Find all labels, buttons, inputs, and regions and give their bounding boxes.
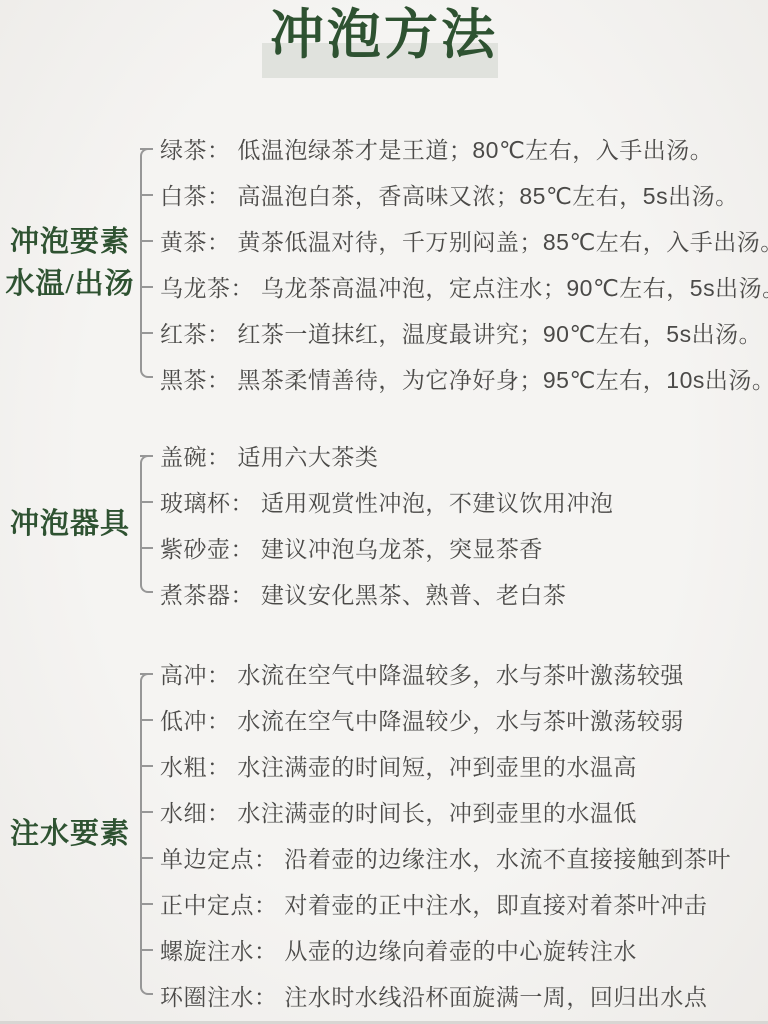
mindmap-item: 黄茶： 黄茶低温对待，千万别闷盖；85℃左右，入手出汤。 — [160, 217, 768, 263]
mindmap-item: 红茶： 红茶一道抹红，温度最讲究；90℃左右，5s出汤。 — [160, 309, 768, 355]
page-title: 冲泡方法 — [270, 4, 498, 68]
mindmap-item: 高冲： 水流在空气中降温较多，水与茶叶激荡较强 — [160, 650, 768, 696]
item-text: 盖碗： 适用六大茶类 — [160, 439, 378, 472]
item-text: 单边定点： 沿着壶的边缘注水，水流不直接接触到茶叶 — [160, 841, 731, 874]
item-text: 玻璃杯： 适用观赏性冲泡，不建议饮用冲泡 — [160, 485, 613, 518]
bracket-line — [140, 455, 153, 593]
section-label-line: 水温/出汤 — [0, 263, 140, 305]
section-items: 盖碗： 适用六大茶类 玻璃杯： 适用观赏性冲泡，不建议饮用冲泡 紫砂壶： 建议冲… — [140, 432, 768, 616]
item-text: 红茶： 红茶一道抹红，温度最讲究；90℃左右，5s出汤。 — [160, 316, 762, 349]
mindmap-section: 冲泡器具 盖碗： 适用六大茶类 玻璃杯： 适用观赏性冲泡，不建议饮用冲泡 紫砂壶… — [0, 432, 768, 616]
mindmap-section: 冲泡要素水温/出汤 绿茶： 低温泡绿茶才是王道；80℃左右，入手出汤。 白茶： … — [0, 125, 768, 401]
item-text: 低冲： 水流在空气中降温较少，水与茶叶激荡较弱 — [160, 703, 684, 736]
section-label-line: 冲泡器具 — [0, 503, 140, 545]
section-label: 冲泡要素水温/出汤 — [0, 221, 140, 305]
item-text: 黑茶： 黑茶柔情善待，为它净好身；95℃左右，10s出汤。 — [160, 362, 768, 395]
mindmap-item: 螺旋注水： 从壶的边缘向着壶的中心旋转注水 — [160, 926, 768, 972]
item-text: 水粗： 水注满壶的时间短，冲到壶里的水温高 — [160, 749, 637, 782]
mindmap-section: 注水要素 高冲： 水流在空气中降温较多，水与茶叶激荡较强 低冲： 水流在空气中降… — [0, 650, 768, 1018]
item-text: 环圈注水： 注水时水线沿杯面旋满一周，回归出水点 — [160, 979, 707, 1012]
mindmap-item: 黑茶： 黑茶柔情善待，为它净好身；95℃左右，10s出汤。 — [160, 355, 768, 401]
item-text: 紫砂壶： 建议冲泡乌龙茶，突显茶香 — [160, 531, 543, 564]
mindmap-item: 煮茶器： 建议安化黑茶、熟普、老白茶 — [160, 570, 768, 616]
section-items: 绿茶： 低温泡绿茶才是王道；80℃左右，入手出汤。 白茶： 高温泡白茶，香高味又… — [140, 125, 768, 401]
item-text: 螺旋注水： 从壶的边缘向着壶的中心旋转注水 — [160, 933, 637, 966]
mindmap-item: 绿茶： 低温泡绿茶才是王道；80℃左右，入手出汤。 — [160, 125, 768, 171]
mindmap-item: 乌龙茶： 乌龙茶高温冲泡，定点注水；90℃左右，5s出汤。 — [160, 263, 768, 309]
item-text: 黄茶： 黄茶低温对待，千万别闷盖；85℃左右，入手出汤。 — [160, 224, 768, 257]
mindmap-item: 盖碗： 适用六大茶类 — [160, 432, 768, 478]
section-label-line: 注水要素 — [0, 813, 140, 855]
mindmap-item: 低冲： 水流在空气中降温较少，水与茶叶激荡较弱 — [160, 696, 768, 742]
mindmap-item: 单边定点： 沿着壶的边缘注水，水流不直接接触到茶叶 — [160, 834, 768, 880]
item-text: 水细： 水注满壶的时间长，冲到壶里的水温低 — [160, 795, 637, 828]
bracket-line — [140, 673, 153, 995]
item-text: 高冲： 水流在空气中降温较多，水与茶叶激荡较强 — [160, 657, 684, 690]
mindmap-item: 水粗： 水注满壶的时间短，冲到壶里的水温高 — [160, 742, 768, 788]
item-text: 白茶： 高温泡白茶，香高味又浓；85℃左右，5s出汤。 — [160, 178, 739, 211]
mindmap-item: 紫砂壶： 建议冲泡乌龙茶，突显茶香 — [160, 524, 768, 570]
item-text: 绿茶： 低温泡绿茶才是王道；80℃左右，入手出汤。 — [160, 132, 713, 165]
mindmap-item: 环圈注水： 注水时水线沿杯面旋满一周，回归出水点 — [160, 972, 768, 1018]
section-label-line: 冲泡要素 — [0, 221, 140, 263]
item-text: 正中定点： 对着壶的正中注水，即直接对着茶叶冲击 — [160, 887, 707, 920]
mindmap-item: 玻璃杯： 适用观赏性冲泡，不建议饮用冲泡 — [160, 478, 768, 524]
item-text: 乌龙茶： 乌龙茶高温冲泡，定点注水；90℃左右，5s出汤。 — [160, 270, 768, 303]
section-label: 注水要素 — [0, 813, 140, 855]
title-block: 冲泡方法 — [0, 0, 768, 86]
item-text: 煮茶器： 建议安化黑茶、熟普、老白茶 — [160, 577, 566, 610]
mindmap: 冲泡要素水温/出汤 绿茶： 低温泡绿茶才是王道；80℃左右，入手出汤。 白茶： … — [0, 125, 768, 1018]
mindmap-item: 白茶： 高温泡白茶，香高味又浓；85℃左右，5s出汤。 — [160, 171, 768, 217]
mindmap-item: 正中定点： 对着壶的正中注水，即直接对着茶叶冲击 — [160, 880, 768, 926]
bracket-line — [140, 148, 153, 378]
section-label: 冲泡器具 — [0, 503, 140, 545]
section-items: 高冲： 水流在空气中降温较多，水与茶叶激荡较强 低冲： 水流在空气中降温较少，水… — [140, 650, 768, 1018]
infographic-page: 冲泡方法 冲泡要素水温/出汤 绿茶： 低温泡绿茶才是王道；80℃左右，入手出汤。… — [0, 0, 768, 1024]
mindmap-item: 水细： 水注满壶的时间长，冲到壶里的水温低 — [160, 788, 768, 834]
